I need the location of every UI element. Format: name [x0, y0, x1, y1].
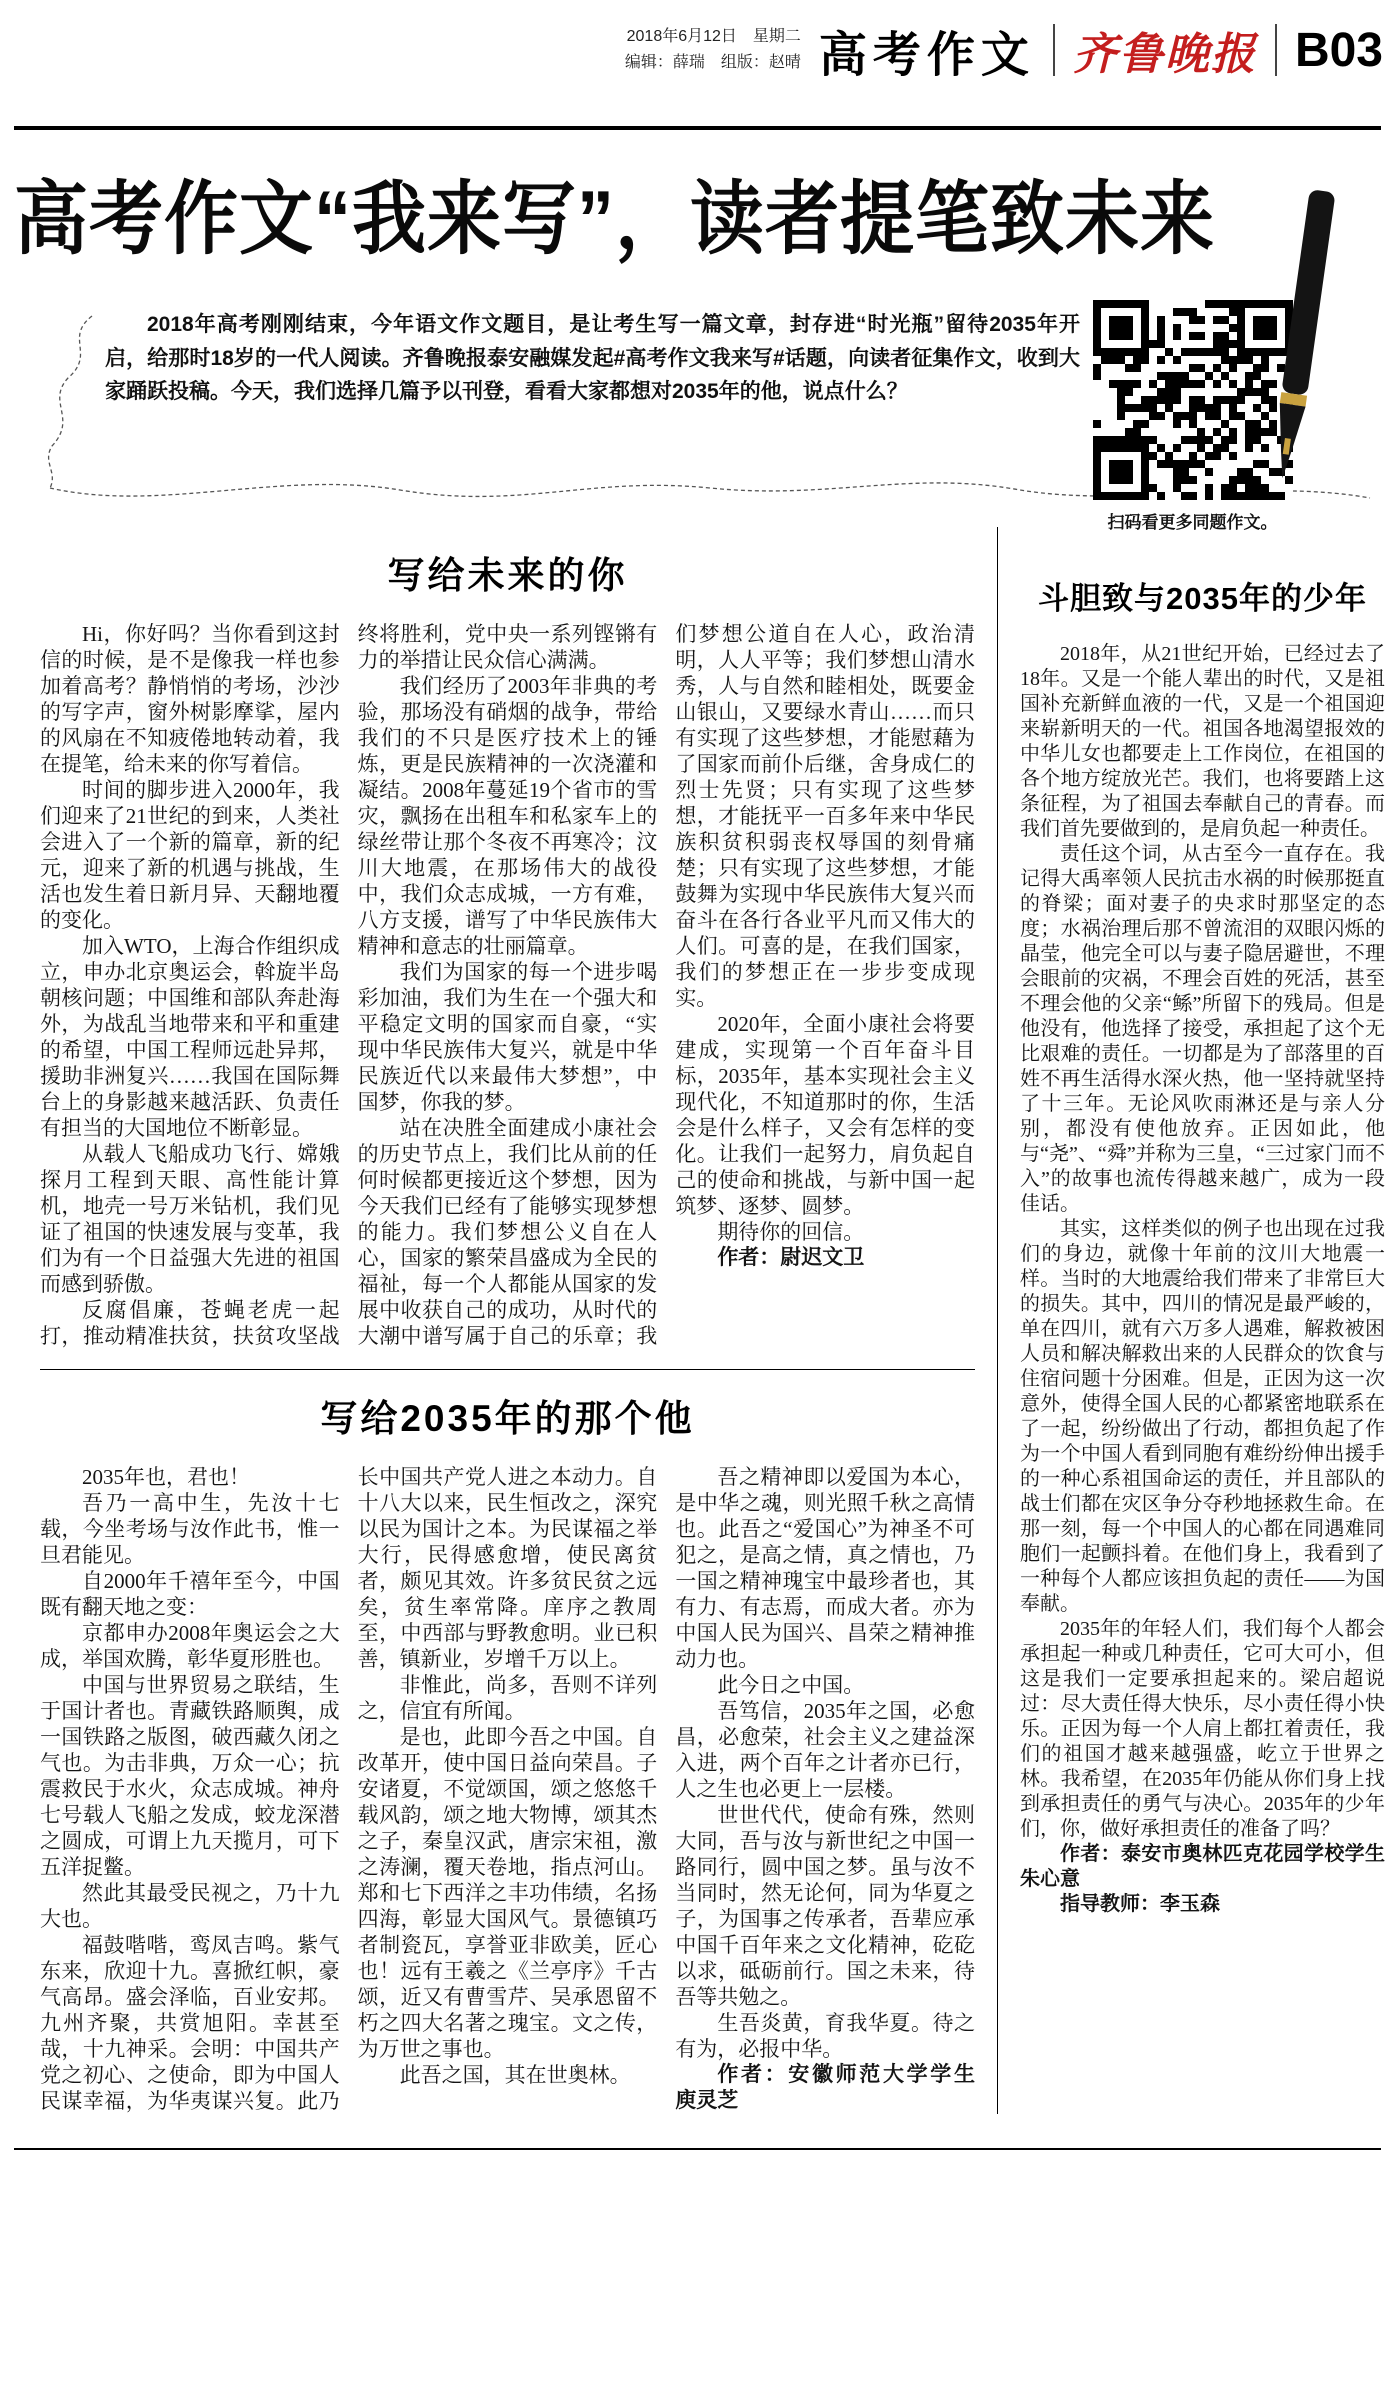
qr-cell	[1109, 404, 1117, 412]
qr-cell	[1173, 380, 1181, 388]
qr-cell	[1181, 476, 1189, 484]
qr-cell	[1173, 428, 1181, 436]
qr-cell	[1117, 372, 1125, 380]
qr-cell	[1213, 476, 1221, 484]
paragraph: 责任这个词，从古至今一直存在。我记得大禹率领人民抗击水祸的时候那挺直的脊梁；面对…	[1020, 842, 1385, 1217]
qr-cell	[1213, 452, 1221, 460]
paragraph: 非惟此，尚多，吾则不详列之，信宜有所闻。	[358, 1672, 658, 1724]
qr-cell	[1093, 484, 1101, 492]
qr-cell	[1149, 476, 1157, 484]
qr-cell	[1101, 372, 1109, 380]
qr-cell	[1125, 404, 1133, 412]
qr-cell	[1141, 388, 1149, 396]
qr-cell	[1157, 412, 1165, 420]
qr-cell	[1133, 372, 1141, 380]
qr-cell	[1149, 484, 1157, 492]
qr-cell	[1133, 412, 1141, 420]
qr-cell	[1133, 324, 1141, 332]
qr-cell	[1157, 340, 1165, 348]
qr-cell	[1173, 348, 1181, 356]
qr-cell	[1125, 364, 1133, 372]
qr-cell	[1117, 444, 1125, 452]
qr-cell	[1189, 468, 1197, 476]
qr-cell	[1213, 372, 1221, 380]
qr-cell	[1157, 332, 1165, 340]
qr-cell	[1093, 324, 1101, 332]
qr-cell	[1181, 364, 1189, 372]
qr-cell	[1197, 324, 1205, 332]
paragraph: 2035年的年轻人们，我们每个人都会承担起一种或几种责任，它可大可小，但这是我们…	[1020, 1617, 1385, 1842]
qr-cell	[1197, 460, 1205, 468]
qr-cell	[1093, 404, 1101, 412]
qr-cell	[1197, 332, 1205, 340]
qr-cell	[1149, 436, 1157, 444]
header-divider	[1275, 24, 1277, 76]
qr-cell	[1213, 468, 1221, 476]
page-number: B03	[1295, 23, 1383, 78]
qr-cell	[1189, 316, 1197, 324]
qr-cell	[1157, 364, 1165, 372]
qr-cell	[1133, 348, 1141, 356]
qr-cell	[1101, 476, 1109, 484]
qr-cell	[1125, 428, 1133, 436]
qr-cell	[1141, 420, 1149, 428]
qr-cell	[1197, 420, 1205, 428]
article-letter-to-future-you: 写给未来的你 Hi，你好吗？当你看到这封信的时候，是不是像我一样也参加着高考？静…	[40, 545, 975, 1349]
qr-cell	[1133, 356, 1141, 364]
qr-cell	[1093, 300, 1101, 308]
qr-cell	[1133, 332, 1141, 340]
qr-cell	[1117, 468, 1125, 476]
qr-cell	[1125, 332, 1133, 340]
qr-cell	[1101, 444, 1109, 452]
qr-cell	[1197, 372, 1205, 380]
qr-cell	[1125, 356, 1133, 364]
qr-cell	[1101, 356, 1109, 364]
qr-cell	[1181, 340, 1189, 348]
qr-cell	[1205, 340, 1213, 348]
qr-cell	[1181, 468, 1189, 476]
paragraph: 期待你的回信。	[675, 1219, 975, 1245]
qr-cell	[1197, 340, 1205, 348]
qr-cell	[1181, 372, 1189, 380]
qr-cell	[1205, 372, 1213, 380]
qr-cell	[1125, 396, 1133, 404]
qr-cell	[1117, 412, 1125, 420]
qr-cell	[1173, 396, 1181, 404]
qr-cell	[1109, 452, 1117, 460]
qr-cell	[1125, 492, 1133, 500]
qr-cell	[1157, 452, 1165, 460]
qr-cell	[1093, 468, 1101, 476]
qr-cell	[1165, 348, 1173, 356]
intro-section: 2018年高考刚刚结束，今年语文作文题目，是让考生写一篇文章，封存进“时光瓶”留…	[30, 308, 1385, 513]
qr-cell	[1125, 388, 1133, 396]
qr-cell	[1181, 380, 1189, 388]
qr-cell	[1197, 316, 1205, 324]
paragraph: 2020年，全面小康社会将要建成，实现第一个百年奋斗目标，2035年，基本实现社…	[675, 1011, 975, 1219]
qr-cell	[1149, 308, 1157, 316]
qr-cell	[1157, 388, 1165, 396]
qr-cell	[1093, 428, 1101, 436]
qr-cell	[1181, 436, 1189, 444]
qr-cell	[1197, 364, 1205, 372]
author-line: 作者：安徽师范大学学生 庾灵芝	[675, 2062, 975, 2114]
qr-cell	[1197, 444, 1205, 452]
qr-cell	[1205, 428, 1213, 436]
qr-cell	[1101, 316, 1109, 324]
qr-cell	[1173, 332, 1181, 340]
qr-cell	[1213, 460, 1221, 468]
qr-cell	[1213, 316, 1221, 324]
qr-cell	[1101, 324, 1109, 332]
editors-line: 编辑：薛瑞 组版：赵晴	[625, 50, 801, 76]
qr-cell	[1197, 300, 1205, 308]
qr-cell	[1101, 348, 1109, 356]
main-content: 写给未来的你 Hi，你好吗？当你看到这封信的时候，是不是像我一样也参加着高考？静…	[40, 527, 1385, 2114]
qr-cell	[1109, 468, 1117, 476]
qr-cell	[1181, 444, 1189, 452]
qr-cell	[1189, 444, 1197, 452]
qr-cell	[1165, 396, 1173, 404]
qr-cell	[1093, 388, 1101, 396]
qr-cell	[1101, 340, 1109, 348]
qr-cell	[1149, 452, 1157, 460]
qr-cell	[1205, 324, 1213, 332]
qr-cell	[1173, 460, 1181, 468]
qr-cell	[1109, 340, 1117, 348]
qr-cell	[1205, 468, 1213, 476]
qr-cell	[1165, 468, 1173, 476]
qr-cell	[1149, 420, 1157, 428]
qr-cell	[1117, 340, 1125, 348]
qr-cell	[1181, 420, 1189, 428]
qr-cell	[1157, 324, 1165, 332]
qr-cell	[1165, 436, 1173, 444]
qr-cell	[1141, 340, 1149, 348]
qr-cell	[1197, 476, 1205, 484]
qr-cell	[1157, 468, 1165, 476]
qr-cell	[1149, 364, 1157, 372]
qr-cell	[1213, 364, 1221, 372]
article-body: 2035年也，君也！ 吾乃一高中生，先汝十七载，今坐考场与汝作此书，惟一旦君能见…	[40, 1464, 975, 2114]
qr-cell	[1109, 412, 1117, 420]
qr-cell	[1117, 332, 1125, 340]
qr-cell	[1109, 436, 1117, 444]
qr-cell	[1197, 484, 1205, 492]
qr-cell	[1213, 324, 1221, 332]
qr-cell	[1181, 404, 1189, 412]
qr-cell	[1181, 316, 1189, 324]
qr-cell	[1141, 436, 1149, 444]
qr-cell	[1149, 324, 1157, 332]
qr-cell	[1101, 364, 1109, 372]
qr-cell	[1109, 396, 1117, 404]
qr-cell	[1133, 300, 1141, 308]
qr-cell	[1213, 396, 1221, 404]
qr-cell	[1213, 380, 1221, 388]
paragraph: 吾笃信，2035年之国，必愈昌，必愈荣，社会主义之建益深入进，两个百年之计者亦已…	[675, 1698, 975, 1802]
qr-cell	[1141, 412, 1149, 420]
qr-cell	[1213, 444, 1221, 452]
qr-cell	[1149, 492, 1157, 500]
qr-cell	[1173, 364, 1181, 372]
qr-cell	[1173, 308, 1181, 316]
qr-cell	[1165, 404, 1173, 412]
qr-cell	[1133, 316, 1141, 324]
article-title: 斗胆致与2035年的少年	[1020, 573, 1385, 618]
qr-cell	[1165, 364, 1173, 372]
qr-cell	[1157, 460, 1165, 468]
paragraph: 我们经历了2003年非典的考验，那场没有硝烟的战争，带给我们的不只是医疗技术上的…	[358, 673, 658, 959]
qr-cell	[1157, 444, 1165, 452]
main-headline: 高考作文“我来写”，读者提笔致未来	[14, 156, 1385, 270]
qr-cell	[1125, 452, 1133, 460]
qr-cell	[1133, 452, 1141, 460]
qr-cell	[1093, 340, 1101, 348]
qr-cell	[1197, 308, 1205, 316]
qr-cell	[1109, 356, 1117, 364]
author-line: 作者：尉迟文卫	[675, 1245, 975, 1271]
paragraph: 京都申办2008年奥运会之大成，举国欢腾，彰华夏形胜也。	[40, 1620, 340, 1672]
qr-cell	[1141, 492, 1149, 500]
header-date-block: 2018年6月12日 星期二 编辑：薛瑞 组版：赵晴	[625, 24, 801, 75]
qr-cell	[1181, 452, 1189, 460]
qr-cell	[1093, 452, 1101, 460]
paragraph: 然此其最受民视之，乃十九大也。	[40, 1880, 340, 1932]
qr-cell	[1157, 380, 1165, 388]
qr-cell	[1117, 308, 1125, 316]
author-line: 作者：泰安市奥林匹克花园学校学生朱心意	[1020, 1842, 1385, 1892]
qr-cell	[1197, 468, 1205, 476]
qr-cell	[1117, 324, 1125, 332]
page-header: 2018年6月12日 星期二 编辑：薛瑞 组版：赵晴 高考作文 齐鲁晚报 B03	[0, 0, 1395, 86]
qr-cell	[1141, 300, 1149, 308]
qr-cell	[1157, 436, 1165, 444]
qr-cell	[1205, 308, 1213, 316]
qr-cell	[1117, 476, 1125, 484]
qr-cell	[1165, 492, 1173, 500]
qr-cell	[1117, 396, 1125, 404]
qr-cell	[1157, 316, 1165, 324]
qr-cell	[1205, 396, 1213, 404]
qr-cell	[1149, 428, 1157, 436]
qr-cell	[1141, 444, 1149, 452]
qr-cell	[1197, 356, 1205, 364]
qr-cell	[1197, 348, 1205, 356]
qr-cell	[1101, 412, 1109, 420]
qr-cell	[1173, 372, 1181, 380]
qr-cell	[1141, 476, 1149, 484]
qr-cell	[1149, 300, 1157, 308]
qr-cell	[1117, 436, 1125, 444]
qr-cell	[1197, 428, 1205, 436]
qr-cell	[1141, 372, 1149, 380]
paragraph: 时间的脚步进入2000年，我们迎来了21世纪的到来，人类社会进入了一个新的篇章，…	[40, 777, 340, 933]
paragraph: 加入WTO，上海合作组织成立，申办北京奥运会，斡旋半岛朝核问题；中国维和部队奔赴…	[40, 933, 340, 1141]
paragraph: 此吾之国，其在世奥林。	[358, 2062, 658, 2088]
qr-cell	[1117, 404, 1125, 412]
qr-cell	[1093, 460, 1101, 468]
paragraph: 世世代代，使命有殊，然则大同，吾与汝与新世纪之中国一路同行，圆中国之梦。虽与汝不…	[675, 1802, 975, 2010]
qr-cell	[1165, 340, 1173, 348]
qr-cell	[1157, 404, 1165, 412]
paragraph: 生吾炎黄，育我华夏。待之有为，必报中华。	[675, 2010, 975, 2062]
qr-cell	[1213, 404, 1221, 412]
header-divider	[1053, 24, 1055, 76]
qr-cell	[1197, 492, 1205, 500]
qr-cell	[1133, 484, 1141, 492]
qr-cell	[1133, 444, 1141, 452]
qr-cell	[1101, 332, 1109, 340]
qr-cell	[1141, 308, 1149, 316]
qr-cell	[1157, 300, 1165, 308]
qr-cell	[1165, 356, 1173, 364]
qr-cell	[1157, 484, 1165, 492]
qr-cell	[1173, 476, 1181, 484]
qr-cell	[1149, 380, 1157, 388]
qr-cell	[1181, 356, 1189, 364]
qr-cell	[1141, 428, 1149, 436]
section-title: 高考作文	[819, 16, 1035, 85]
qr-cell	[1125, 476, 1133, 484]
qr-cell	[1125, 444, 1133, 452]
qr-cell	[1109, 380, 1117, 388]
qr-cell	[1205, 460, 1213, 468]
qr-cell	[1189, 364, 1197, 372]
qr-cell	[1189, 308, 1197, 316]
qr-cell	[1109, 308, 1117, 316]
qr-cell	[1149, 316, 1157, 324]
qr-cell	[1149, 460, 1157, 468]
qr-cell	[1149, 372, 1157, 380]
qr-cell	[1205, 444, 1213, 452]
qr-cell	[1133, 468, 1141, 476]
qr-cell	[1181, 332, 1189, 340]
qr-cell	[1109, 420, 1117, 428]
qr-cell	[1109, 332, 1117, 340]
qr-cell	[1141, 380, 1149, 388]
qr-cell	[1189, 436, 1197, 444]
article-bold-letter-to-2035-youth: 斗胆致与2035年的少年 2018年，从21世纪开始，已经过去了18年。又是一个…	[1020, 573, 1385, 1917]
qr-cell	[1093, 348, 1101, 356]
qr-cell	[1117, 460, 1125, 468]
qr-cell	[1165, 460, 1173, 468]
qr-cell	[1141, 348, 1149, 356]
qr-cell	[1133, 380, 1141, 388]
qr-cell	[1093, 356, 1101, 364]
qr-cell	[1133, 396, 1141, 404]
qr-cell	[1173, 436, 1181, 444]
qr-cell	[1189, 396, 1197, 404]
qr-cell	[1189, 404, 1197, 412]
qr-cell	[1125, 412, 1133, 420]
qr-cell	[1101, 492, 1109, 500]
qr-cell	[1189, 300, 1197, 308]
qr-cell	[1157, 308, 1165, 316]
qr-cell	[1197, 396, 1205, 404]
qr-cell	[1181, 428, 1189, 436]
right-article-region: 斗胆致与2035年的少年 2018年，从21世纪开始，已经过去了18年。又是一个…	[997, 527, 1385, 2114]
qr-cell	[1181, 484, 1189, 492]
qr-cell	[1205, 476, 1213, 484]
qr-cell	[1125, 324, 1133, 332]
qr-cell	[1141, 396, 1149, 404]
qr-cell	[1157, 476, 1165, 484]
qr-cell	[1189, 420, 1197, 428]
qr-cell	[1149, 348, 1157, 356]
qr-cell	[1149, 444, 1157, 452]
qr-cell	[1165, 324, 1173, 332]
qr-cell	[1173, 412, 1181, 420]
qr-cell	[1173, 492, 1181, 500]
qr-cell	[1101, 388, 1109, 396]
qr-cell	[1101, 396, 1109, 404]
qr-cell	[1109, 444, 1117, 452]
qr-cell	[1101, 452, 1109, 460]
qr-cell	[1173, 468, 1181, 476]
qr-cell	[1093, 308, 1101, 316]
qr-cell	[1101, 380, 1109, 388]
qr-cell	[1213, 388, 1221, 396]
qr-cell	[1117, 388, 1125, 396]
qr-cell	[1141, 356, 1149, 364]
qr-cell	[1125, 468, 1133, 476]
qr-cell	[1133, 364, 1141, 372]
qr-cell	[1109, 364, 1117, 372]
intro-text: 2018年高考刚刚结束，今年语文作文题目，是让考生写一篇文章，封存进“时光瓶”留…	[105, 308, 1080, 409]
qr-cell	[1165, 420, 1173, 428]
newspaper-logo: 齐鲁晚报	[1073, 18, 1257, 82]
paragraph: 吾之精神即以爱国为本心，是中华之魂，则光照千秋之高情也。此吾之“爱国心”为神圣不…	[675, 1464, 975, 1672]
qr-cell	[1117, 348, 1125, 356]
qr-cell	[1117, 356, 1125, 364]
qr-cell	[1133, 404, 1141, 412]
qr-cell	[1149, 356, 1157, 364]
qr-cell	[1109, 476, 1117, 484]
qr-cell	[1117, 452, 1125, 460]
qr-cell	[1125, 380, 1133, 388]
qr-cell	[1101, 300, 1109, 308]
qr-cell	[1165, 300, 1173, 308]
paragraph: Hi，你好吗？当你看到这封信的时候，是不是像我一样也参加着高考？静悄悄的考场，沙…	[40, 621, 340, 777]
qr-cell	[1213, 300, 1221, 308]
qr-cell	[1117, 380, 1125, 388]
qr-cell	[1133, 492, 1141, 500]
qr-cell	[1133, 460, 1141, 468]
qr-cell	[1101, 420, 1109, 428]
qr-cell	[1197, 388, 1205, 396]
qr-cell	[1101, 460, 1109, 468]
qr-cell	[1165, 412, 1173, 420]
qr-cell	[1141, 316, 1149, 324]
qr-cell	[1213, 348, 1221, 356]
qr-cell	[1181, 308, 1189, 316]
qr-cell	[1189, 332, 1197, 340]
qr-cell	[1093, 412, 1101, 420]
qr-cell	[1205, 388, 1213, 396]
article-body: Hi，你好吗？当你看到这封信的时候，是不是像我一样也参加着高考？静悄悄的考场，沙…	[40, 621, 975, 1349]
qr-cell	[1165, 452, 1173, 460]
qr-cell	[1117, 300, 1125, 308]
article-title: 写给未来的你	[40, 545, 975, 599]
qr-cell	[1101, 428, 1109, 436]
qr-cell	[1109, 348, 1117, 356]
qr-cell	[1133, 428, 1141, 436]
qr-cell	[1205, 436, 1213, 444]
qr-cell	[1117, 364, 1125, 372]
qr-cell	[1205, 452, 1213, 460]
